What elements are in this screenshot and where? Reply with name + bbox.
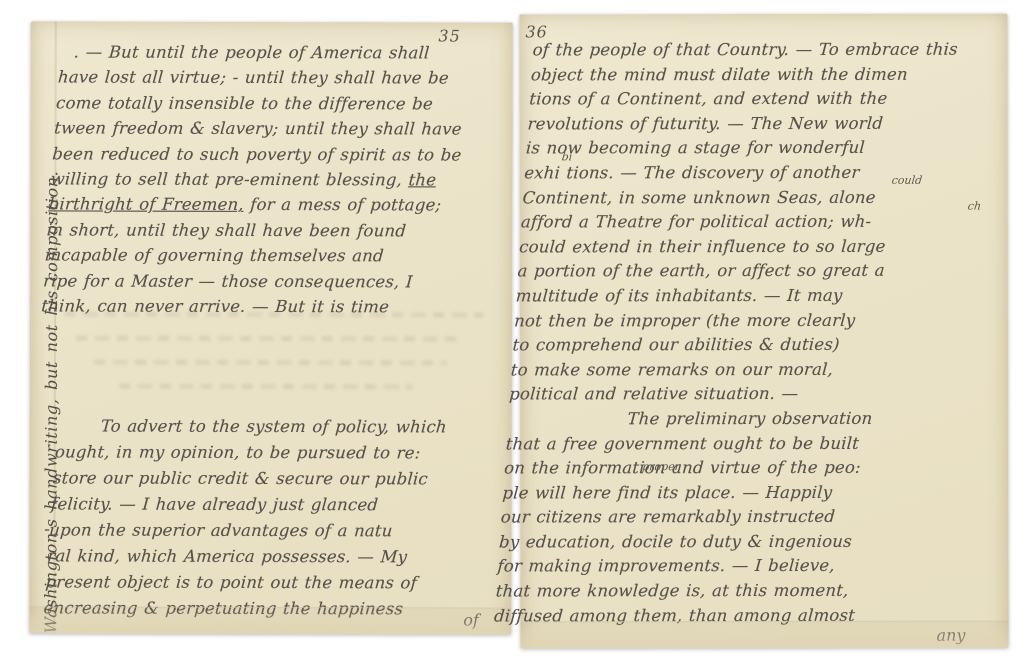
- manuscript-line: could extend in their influence to so la…: [518, 234, 945, 259]
- manuscript-line: The preliminary observation: [507, 407, 934, 432]
- manuscript-line: a portion of the earth, or affect so gre…: [517, 259, 944, 284]
- manuscript-line: tions of a Continent, and extend with th…: [528, 87, 955, 112]
- interlinear-insertion: ch: [967, 200, 982, 213]
- manuscript-line: been reduced to such poverty of spirit a…: [52, 141, 463, 167]
- manuscript-line: . — But until the people of America shal…: [59, 39, 470, 65]
- manuscript-line: that a free government ought to be built: [505, 431, 932, 456]
- manuscript-line: incapable of governing themselves and: [44, 243, 455, 269]
- manuscript-line: Continent, in some unknown Seas, alone: [522, 185, 949, 210]
- manuscript-line: of the people of that Country. — To embr…: [532, 38, 959, 63]
- manuscript-line: revolutions of futurity. — The New world: [527, 111, 954, 136]
- manuscript-line: afford a Theatre for political action; w…: [520, 210, 947, 235]
- manuscript-page-36: 36 of the people of that Country. — To e…: [519, 14, 1008, 649]
- manuscript-line: on the information and virtue of the peo…: [503, 456, 930, 481]
- manuscript-line: To advert to the system of policy, which: [56, 413, 448, 440]
- manuscript-line: for making improvements. — I believe,: [497, 554, 924, 579]
- manuscript-line: not then be improper (the more clearly: [513, 308, 940, 333]
- manuscript-line: is now becoming a stage for wonderful: [525, 136, 952, 161]
- paper-edge-band: [521, 621, 1009, 649]
- manuscript-line: come totally insensible to the differenc…: [55, 90, 466, 116]
- page-36-text: of the people of that Country. — To embr…: [493, 38, 958, 629]
- manuscript-line: in short, until they shall have been fou…: [46, 217, 457, 243]
- paragraph-1: . — But until the people of America shal…: [40, 39, 469, 319]
- manuscript-line: our citizens are remarkably instructed: [500, 505, 927, 530]
- manuscript-line: upon the superior advantages of a natu: [48, 517, 440, 544]
- manuscript-line: ought, in my opinion, to be pursued to r…: [54, 439, 446, 466]
- manuscript-page-35: 35 Washington's handwriting, but not his…: [29, 21, 513, 634]
- manuscript-line: ple will here find its place. — Happily: [502, 480, 929, 505]
- manuscript-line: multitude of its inhabitants. — It may: [515, 284, 942, 309]
- manuscript-line: that more knowledge is, at this moment,: [495, 579, 922, 604]
- manuscript-line: present object is to point out the means…: [45, 569, 437, 596]
- manuscript-line: tween freedom & slavery; until they shal…: [53, 116, 464, 142]
- line-text: willing to sell that pre-eminent blessin…: [50, 169, 409, 189]
- manuscript-line: object the mind must dilate with the dim…: [530, 62, 957, 87]
- manuscript-line: willing to sell that pre-eminent blessin…: [50, 166, 461, 192]
- interlinear-insertion: proper: [642, 460, 681, 473]
- bleed-through-text: [64, 311, 484, 404]
- manuscript-line: ripe for a Master — those consequences, …: [42, 268, 453, 294]
- underlined-phrase: the: [408, 170, 437, 189]
- paper-edge-band: [29, 606, 511, 634]
- line-text: for a mess of pottage;: [243, 195, 442, 215]
- manuscript-line: felicity. — I have already just glanced: [50, 491, 442, 518]
- manuscript-line: have lost all virtue; - until they shall…: [57, 65, 468, 91]
- manuscript-line: exhi tions. — The discovery of another: [523, 161, 950, 186]
- manuscript-line: ral kind, which America possesses. — My: [46, 543, 438, 570]
- manuscript-line: by education, docile to duty & ingenious: [498, 530, 925, 555]
- interlinear-insertion: could: [891, 174, 923, 187]
- manuscript-line: to comprehend our abilities & duties): [512, 333, 939, 358]
- manuscript-line: to make some remarks on our moral,: [510, 357, 937, 382]
- manuscript-line: birthright of Freemen, for a mess of pot…: [48, 192, 459, 218]
- paragraph-2: To advert to the system of policy, which…: [43, 413, 448, 622]
- manuscript-line: store our public credit & secure our pub…: [52, 465, 444, 492]
- manuscript-line: political and relative situation. —: [508, 382, 935, 407]
- interlinear-insertion: bi: [561, 150, 573, 163]
- underlined-phrase: birthright of Freemen,: [48, 195, 244, 215]
